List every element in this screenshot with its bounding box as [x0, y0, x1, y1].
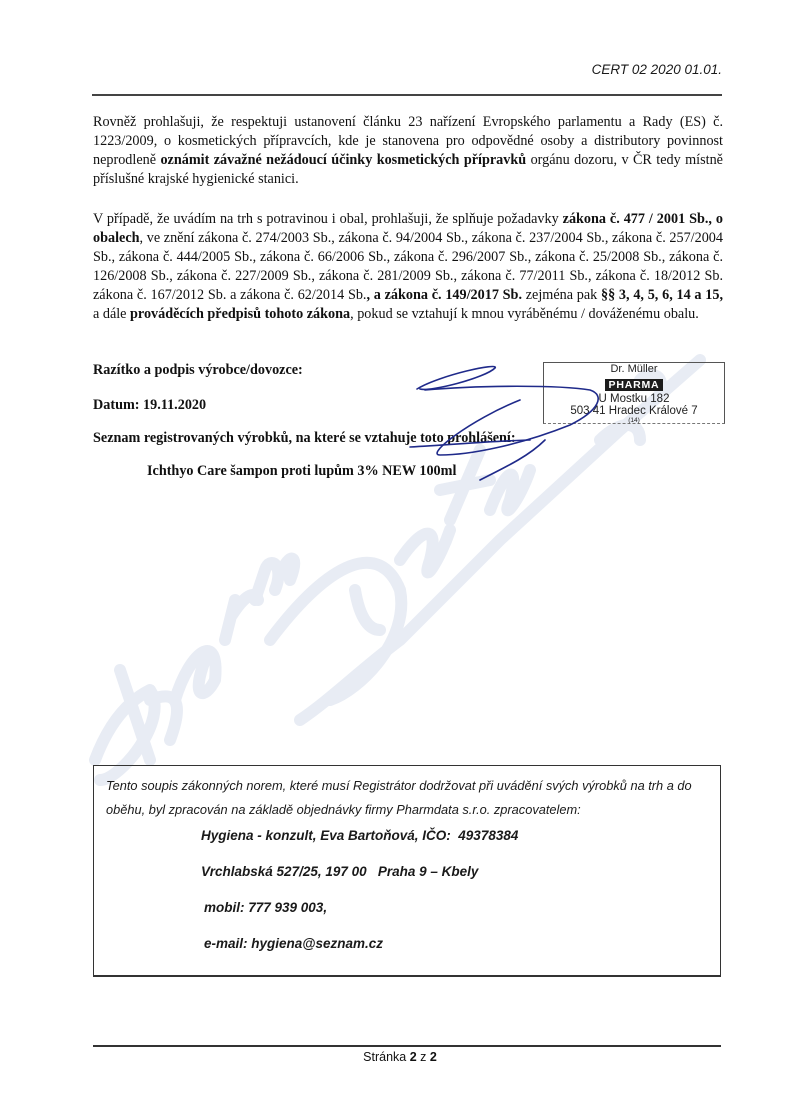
company-stamp: Dr. Müller PHARMA U Mostku 182 503 41 Hr…	[543, 362, 725, 424]
processor-info-box: Tento soupis zákonných norem, které musí…	[93, 765, 721, 977]
document-code: CERT 02 2020 01.01.	[592, 62, 722, 77]
processor-company: Hygiena - konzult, Eva Bartoňová, IČO: 4…	[201, 828, 518, 843]
stamp-city: 503 41 Hradec Králové 7	[544, 405, 724, 417]
packaging-declaration-paragraph: V případě, že uvádím na trh s potravinou…	[93, 210, 723, 324]
footer-divider	[93, 1045, 721, 1047]
date-label: Datum: 19.11.2020	[93, 397, 206, 414]
of-word: z	[420, 1050, 426, 1064]
cosmetics-declaration-paragraph: Rovněž prohlašuji, že respektuji ustanov…	[93, 113, 723, 189]
processor-email[interactable]: e-mail: hygiena@seznam.cz	[204, 936, 383, 951]
total-pages: 2	[430, 1050, 437, 1064]
page-number: Stránka 2 z 2	[0, 1050, 800, 1064]
info-box-intro: Tento soupis zákonných norem, které musí…	[106, 774, 716, 822]
processor-address: Vrchlabská 527/25, 197 00 Praha 9 – Kbel…	[201, 864, 478, 879]
stamp-number: (14)	[544, 417, 724, 424]
paragraph-text: , pokud se vztahují k mnou vyráběnému / …	[350, 306, 699, 322]
stamp-brand: PHARMA	[605, 379, 664, 391]
processor-mobile: mobil: 777 939 003,	[204, 900, 327, 915]
paragraph-text: V případě, že uvádím na trh s potravinou…	[93, 211, 563, 227]
paragraph-bold-text: , a zákona č. 149/2017 Sb.	[366, 287, 522, 303]
current-page: 2	[410, 1050, 417, 1064]
header-divider	[92, 94, 722, 96]
stamp-signature-label: Razítko a podpis výrobce/dovozce:	[93, 362, 303, 379]
paragraph-bold-text: prováděcích předpisů tohoto zákona	[130, 306, 350, 322]
paragraph-bold-text: §§ 3, 4, 5, 6, 14 a 15,	[601, 287, 723, 303]
product-item: Ichthyo Care šampon proti lupům 3% NEW 1…	[147, 463, 456, 480]
paragraph-text: zejména pak	[522, 287, 601, 303]
paragraph-text: a dále	[93, 306, 130, 322]
stamp-name: Dr. Müller	[544, 363, 724, 375]
page-word: Stránka	[363, 1050, 406, 1064]
stamp-street: U Mostku 182	[544, 393, 724, 405]
paragraph-bold-text: oznámit závažné nežádoucí účinky kosmeti…	[160, 152, 526, 168]
products-list-label: Seznam registrovaných výrobků, na které …	[93, 430, 516, 447]
